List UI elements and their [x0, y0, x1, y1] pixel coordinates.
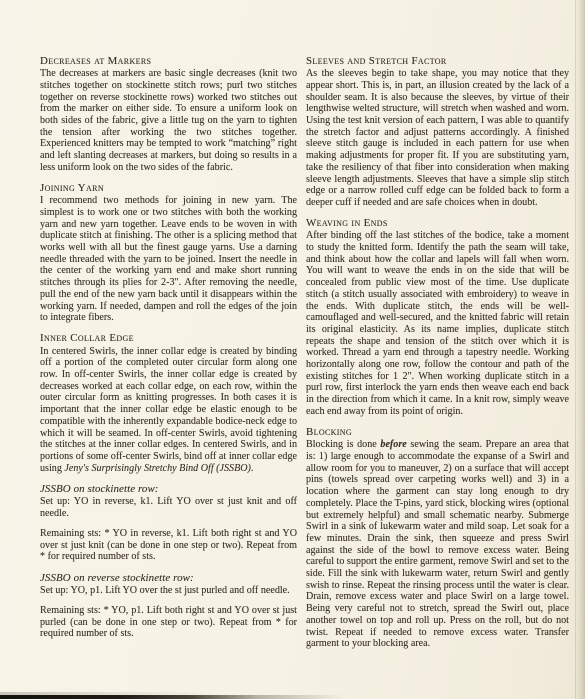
text-run: I recommend two methods for joining in n… — [40, 195, 297, 323]
paragraph: After binding off the last stitches of t… — [306, 230, 569, 417]
page-bottom-edge-shadow — [0, 695, 345, 699]
text-run: The decreases at markers are basic singl… — [40, 68, 297, 173]
section-heading: Joining Yarn — [40, 182, 297, 194]
text-run: Set up: YO, p1. Lift YO over the st just… — [40, 585, 290, 596]
paragraph: Remaining sts: * YO, p1. Lift both right… — [40, 605, 297, 640]
section-heading: Blocking — [306, 426, 569, 438]
paragraph: I recommend two methods for joining in n… — [40, 195, 297, 324]
section-heading: Inner Collar Edge — [40, 332, 297, 344]
text-run: . — [251, 463, 254, 474]
text-run: In centered Swirls, the inner collar edg… — [40, 346, 297, 474]
paragraph: Blocking is done before sewing the seam.… — [306, 439, 569, 650]
text-run: Set up: YO in reverse, k1. Lift YO over … — [40, 496, 297, 519]
scanned-book-page: Decreases at MarkersThe decreases at mar… — [0, 0, 585, 699]
section-heading: Weaving in Ends — [306, 217, 569, 229]
section-heading: JSSBO on stockinette row: — [40, 483, 297, 495]
paragraph: Remaining sts: * YO in reverse, k1. Lift… — [40, 528, 297, 563]
section-heading: Decreases at Markers — [40, 55, 297, 67]
text-run: Remaining sts: * YO in reverse, k1. Lift… — [40, 528, 297, 562]
text-run: before — [380, 439, 406, 450]
paragraph: Set up: YO in reverse, k1. Lift YO over … — [40, 496, 297, 519]
paragraph: In centered Swirls, the inner collar edg… — [40, 346, 297, 475]
right-column: Sleeves and Stretch FactorAs the sleeves… — [306, 53, 569, 658]
section-heading: JSSBO on reverse stockinette row: — [40, 572, 297, 584]
text-run: Blocking is done — [306, 439, 380, 450]
text-run: Remaining sts: * YO, p1. Lift both right… — [40, 605, 297, 639]
text-run: Jeny's Surprisingly Stretchy Bind Off (J… — [64, 463, 251, 474]
text-columns: Decreases at MarkersThe decreases at mar… — [40, 53, 569, 658]
page-right-edge-shadow — [574, 0, 585, 699]
section-heading: Sleeves and Stretch Factor — [306, 55, 569, 67]
left-column: Decreases at MarkersThe decreases at mar… — [40, 53, 297, 658]
text-run: As the sleeves begin to take shape, you … — [306, 68, 569, 208]
paragraph: Set up: YO, p1. Lift YO over the st just… — [40, 585, 297, 597]
text-run: After binding off the last stitches of t… — [306, 230, 569, 417]
paragraph: The decreases at markers are basic singl… — [40, 68, 297, 173]
text-run: sewing the seam. Prepare an area that is… — [306, 439, 569, 649]
paragraph: As the sleeves begin to take shape, you … — [306, 68, 569, 208]
